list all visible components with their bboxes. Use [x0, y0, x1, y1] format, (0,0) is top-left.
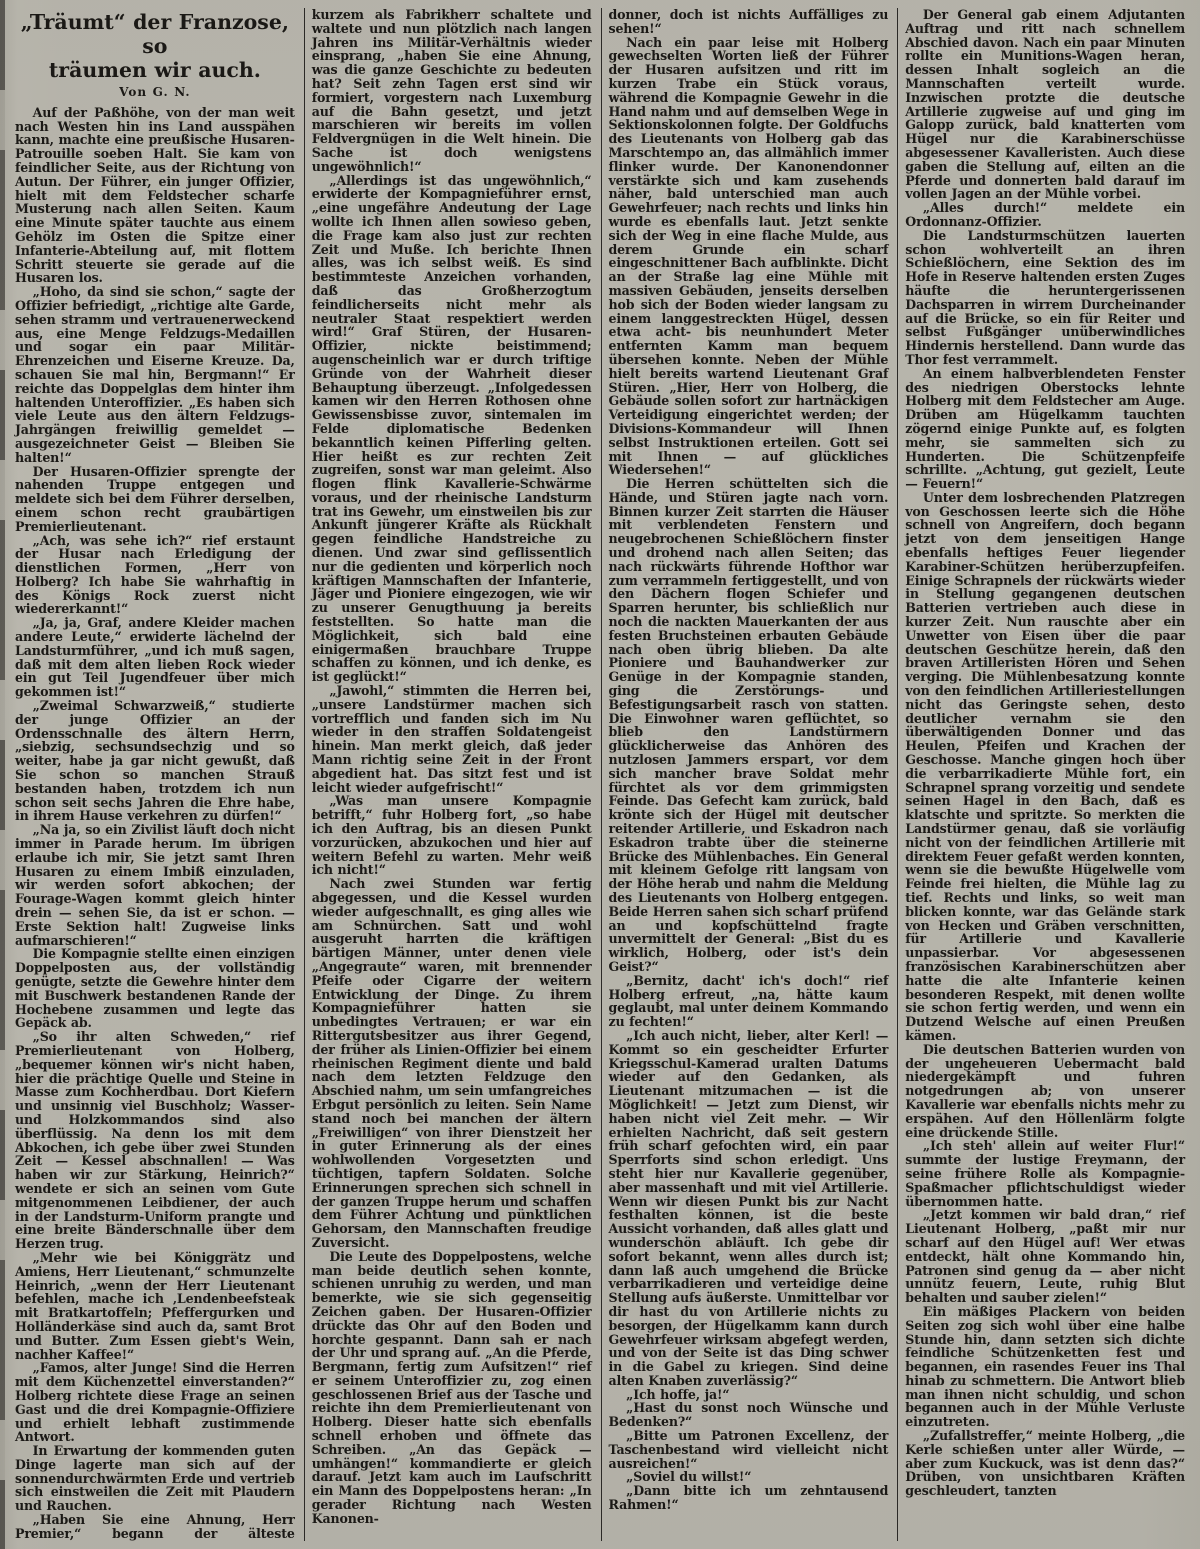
- column-container: „Träumt“ der Franzose, soträumen wir auc…: [8, 8, 1194, 1549]
- paragraph: „Mehr wie bei Königgrätz und Amiens, Her…: [15, 1251, 295, 1361]
- paragraph: Der General gab einem Adjutanten Auftrag…: [905, 8, 1185, 201]
- paragraph: „Ich hoffe, ja!“: [609, 1388, 889, 1402]
- article-title-line1: „Träumt“ der Franzose, so: [21, 10, 289, 58]
- paragraph: „Soviel du willst!“: [609, 1470, 889, 1484]
- paragraph: „Dann bitte ich um zehntausend Rahmen!“: [609, 1484, 889, 1512]
- paragraph: donner, doch ist nichts Auffälliges zu s…: [609, 8, 889, 36]
- paragraph: Die Herren schüttelten sich die Hände, u…: [609, 477, 889, 974]
- paragraph: „Was man unsere Kompagnie betrifft,“ fuh…: [312, 794, 592, 877]
- article-byline: Von G. N.: [15, 86, 295, 100]
- paragraph: Unter dem losbrechenden Platzregen von G…: [905, 491, 1185, 1043]
- column-3: donner, doch ist nichts Auffälliges zu s…: [601, 8, 898, 1541]
- paragraph: „Famos, alter Junge! Sind die Herren mit…: [15, 1361, 295, 1444]
- paragraph: „Na ja, so ein Zivilist läuft doch nicht…: [15, 823, 295, 947]
- paragraph: In Erwartung der kommenden guten Dinge l…: [15, 1444, 295, 1513]
- column-4: Der General gab einem Adjutanten Auftrag…: [897, 8, 1194, 1541]
- paragraph: Auf der Paßhöhe, von der man weit nach W…: [15, 106, 295, 285]
- paragraph: „Haben Sie eine Ahnung, Herr Premier,“ b…: [15, 1513, 295, 1541]
- paragraph: „Allerdings ist das ungewöhnlich,“ erwid…: [312, 174, 592, 684]
- paragraph: Der Husaren-Offizier sprengte der nahend…: [15, 465, 295, 534]
- column-1: „Träumt“ der Franzose, soträumen wir auc…: [8, 8, 304, 1541]
- article-header: „Träumt“ der Franzose, soträumen wir auc…: [15, 10, 295, 100]
- scan-edge-artifact: [0, 0, 5, 1549]
- paragraph: „Ach, was sehe ich?“ rief erstaunt der H…: [15, 534, 295, 617]
- paragraph: „Ich steh' allein auf weiter Flur!“ summ…: [905, 1139, 1185, 1208]
- paragraph: Die Landsturmschützen lauerten schon woh…: [905, 229, 1185, 367]
- column-2: kurzem als Fabrikherr schaltete und walt…: [304, 8, 601, 1541]
- paragraph: „Zufallstreffer,“ meinte Holberg, „die K…: [905, 1429, 1185, 1498]
- paragraph: „So ihr alten Schweden,“ rief Premierlie…: [15, 1030, 295, 1251]
- article-title: „Träumt“ der Franzose, soträumen wir auc…: [15, 10, 295, 82]
- paragraph: „Hoho, da sind sie schon,“ sagte der Off…: [15, 285, 295, 464]
- paragraph: „Jawohl,“ stimmten die Herren bei, „unse…: [312, 684, 592, 794]
- paragraph: „Ja, ja, Graf, andere Kleider machen and…: [15, 616, 295, 699]
- paragraph: „Zweimal Schwarzweiß,“ studierte der jun…: [15, 699, 295, 823]
- paragraph: Nach ein paar leise mit Holberg gewechse…: [609, 36, 889, 478]
- paragraph: „Hast du sonst noch Wünsche und Bedenken…: [609, 1401, 889, 1429]
- newspaper-page: „Träumt“ der Franzose, soträumen wir auc…: [0, 0, 1200, 1549]
- paragraph: „Bernitz, dacht' ich's doch!“ rief Holbe…: [609, 974, 889, 1029]
- paragraph: kurzem als Fabrikherr schaltete und walt…: [312, 8, 592, 174]
- article-title-line2: träumen wir auch.: [49, 58, 261, 82]
- paragraph: „Ich auch nicht, lieber, alter Kerl! — K…: [609, 1029, 889, 1388]
- paragraph: Die Kompagnie stellte einen einzigen Dop…: [15, 947, 295, 1030]
- paragraph: An einem halbverblendeten Fenster des ni…: [905, 367, 1185, 491]
- paragraph: Die Leute des Doppelpostens, welche man …: [312, 1250, 592, 1526]
- paragraph: „Bitte um Patronen Excellenz, der Tasche…: [609, 1429, 889, 1470]
- paragraph: Die deutschen Batterien wurden von der u…: [905, 1043, 1185, 1140]
- paragraph: „Alles durch!“ meldete ein Ordonnanz-Off…: [905, 201, 1185, 229]
- paragraph: „Jetzt kommen wir bald dran,“ rief Lieut…: [905, 1208, 1185, 1305]
- paragraph: Ein mäßiges Plackern von beiden Seiten z…: [905, 1305, 1185, 1429]
- paragraph: Nach zwei Stunden war fertig abgegessen,…: [312, 877, 592, 1250]
